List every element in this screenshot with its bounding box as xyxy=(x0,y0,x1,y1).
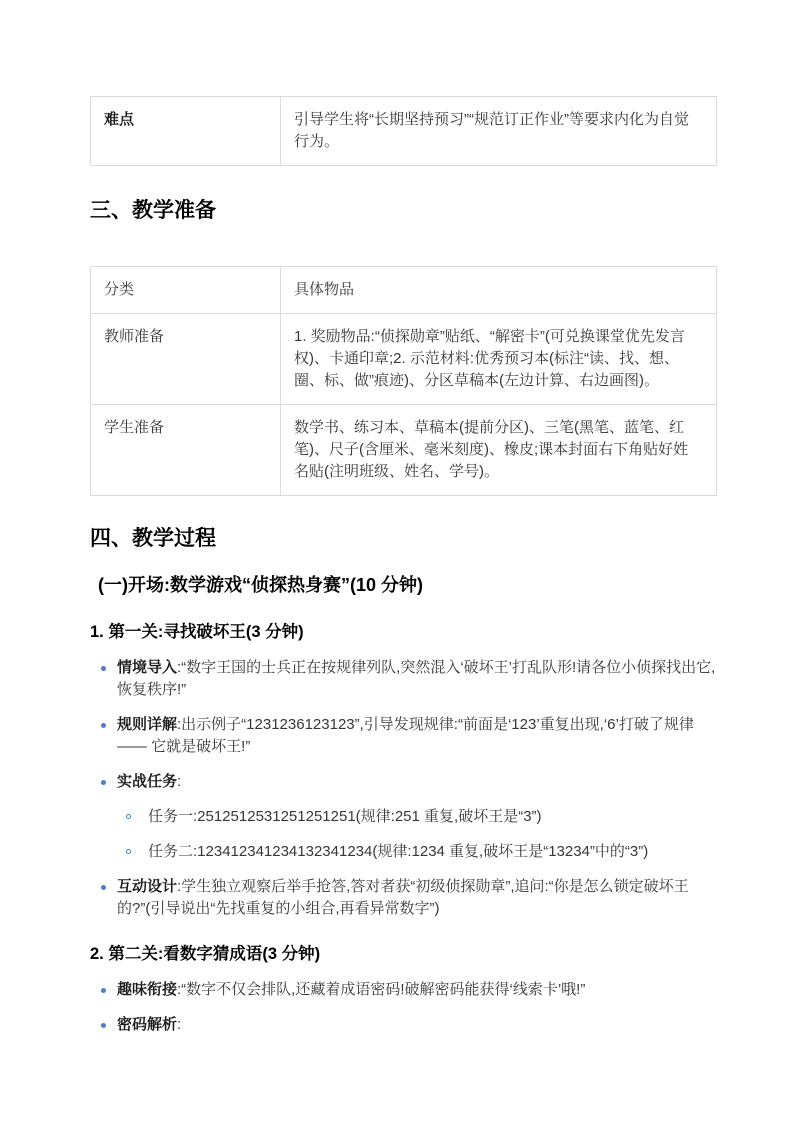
bullet-label: 密码解析 xyxy=(117,1016,177,1033)
student-prep-content-cell: 数学书、练习本、草稿本(提前分区)、三笔(黑笔、蓝笔、红笔)、尺子(含厘米、毫米… xyxy=(281,405,717,496)
sublist-item: 任务一:2512512531251251251(规律:251 重复,破坏王是“3… xyxy=(117,806,717,828)
list-item: 互动设计:学生独立观察后举手抢答,答对者获“初级侦探勋章”,追问:“你是怎么锁定… xyxy=(90,876,717,920)
bullet-paragraph: 情境导入:“数字王国的士兵正在按规律列队,突然混入‘破坏王’打乱队形!请各位小侦… xyxy=(117,657,717,701)
document-page: 难点 引导学生将“长期坚持预习”“规范订正作业”等要求内化为自觉行为。 三、教学… xyxy=(0,0,793,1122)
list-item: 情境导入:“数字王国的士兵正在按规律列队,突然混入‘破坏王’打乱队形!请各位小侦… xyxy=(90,657,717,701)
header-cell-category: 分类 xyxy=(91,267,281,314)
bullet-text: :“数字不仅会排队,还藏着成语密码!破解密码能获得‘线索卡’哦!” xyxy=(177,981,585,998)
bullet-circle-icon xyxy=(126,849,131,854)
bullet-dot-icon xyxy=(101,988,106,993)
difficulty-label-cell: 难点 xyxy=(91,97,281,166)
level-heading-game1: 1. 第一关:寻找破坏王(3 分钟) xyxy=(90,621,717,644)
table-row: 学生准备 数学书、练习本、草稿本(提前分区)、三笔(黑笔、蓝笔、红笔)、尺子(含… xyxy=(91,405,717,496)
bullet-label: 实战任务 xyxy=(117,773,177,790)
level-heading-game2: 2. 第二关:看数字猜成语(3 分钟) xyxy=(90,943,717,966)
preparation-table: 分类 具体物品 教师准备 1. 奖励物品:“侦探勋章”贴纸、“解密卡”(可兑换课… xyxy=(90,266,717,496)
list-item: 密码解析: xyxy=(90,1014,717,1036)
bullet-dot-icon xyxy=(101,780,106,785)
bullet-label: 情境导入 xyxy=(117,659,177,676)
bullet-dot-icon xyxy=(101,1023,106,1028)
bullet-paragraph: 密码解析: xyxy=(117,1014,717,1036)
task-paragraph: 任务二:123412341234132341234(规律:1234 重复,破坏王… xyxy=(148,841,717,863)
bullet-dot-icon xyxy=(101,666,106,671)
header-cell-items: 具体物品 xyxy=(281,267,717,314)
table-row: 难点 引导学生将“长期坚持预习”“规范订正作业”等要求内化为自觉行为。 xyxy=(91,97,717,166)
difficulty-content-cell: 引导学生将“长期坚持预习”“规范订正作业”等要求内化为自觉行为。 xyxy=(281,97,717,166)
student-prep-label-cell: 学生准备 xyxy=(91,405,281,496)
bullet-text: :学生独立观察后举手抢答,答对者获“初级侦探勋章”,追问:“你是怎么锁定破坏王的… xyxy=(117,878,689,917)
section-heading-teaching-process: 四、教学过程 xyxy=(90,524,717,553)
task-paragraph: 任务一:2512512531251251251(规律:251 重复,破坏王是“3… xyxy=(148,806,717,828)
document-content: 难点 引导学生将“长期坚持预习”“规范订正作业”等要求内化为自觉行为。 三、教学… xyxy=(90,96,717,1036)
bullet-text: :出示例子“1231236123123”,引导发现规律:“前面是‘123’重复出… xyxy=(117,716,694,755)
bullet-paragraph: 规则详解:出示例子“1231236123123”,引导发现规律:“前面是‘123… xyxy=(117,714,717,758)
bullet-label: 趣味衔接 xyxy=(117,981,177,998)
difficulty-table: 难点 引导学生将“长期坚持预习”“规范订正作业”等要求内化为自觉行为。 xyxy=(90,96,717,166)
list-item: 实战任务: 任务一:2512512531251251251(规律:251 重复,… xyxy=(90,771,717,863)
table-header-row: 分类 具体物品 xyxy=(91,267,717,314)
tasks-sublist: 任务一:2512512531251251251(规律:251 重复,破坏王是“3… xyxy=(117,806,717,863)
teacher-prep-label-cell: 教师准备 xyxy=(91,314,281,405)
bullet-label: 互动设计 xyxy=(117,878,177,895)
bullet-dot-icon xyxy=(101,885,106,890)
subsection-heading-opening-game: (一)开场:数学游戏“侦探热身赛”(10 分钟) xyxy=(90,572,717,598)
game1-bullet-list: 情境导入:“数字王国的士兵正在按规律列队,突然混入‘破坏王’打乱队形!请各位小侦… xyxy=(90,657,717,920)
bullet-label: 规则详解 xyxy=(117,716,177,733)
bullet-paragraph: 互动设计:学生独立观察后举手抢答,答对者获“初级侦探勋章”,追问:“你是怎么锁定… xyxy=(117,876,717,920)
bullet-paragraph: 趣味衔接:“数字不仅会排队,还藏着成语密码!破解密码能获得‘线索卡’哦!” xyxy=(117,979,717,1001)
table-row: 教师准备 1. 奖励物品:“侦探勋章”贴纸、“解密卡”(可兑换课堂优先发言权)、… xyxy=(91,314,717,405)
list-item: 规则详解:出示例子“1231236123123”,引导发现规律:“前面是‘123… xyxy=(90,714,717,758)
bullet-text: : xyxy=(177,1016,181,1033)
bullet-text: : xyxy=(177,773,181,790)
list-item: 趣味衔接:“数字不仅会排队,还藏着成语密码!破解密码能获得‘线索卡’哦!” xyxy=(90,979,717,1001)
section-heading-teaching-preparation: 三、教学准备 xyxy=(90,196,717,225)
bullet-paragraph: 实战任务: xyxy=(117,771,717,793)
bullet-text: :“数字王国的士兵正在按规律列队,突然混入‘破坏王’打乱队形!请各位小侦探找出它… xyxy=(117,659,715,698)
game2-bullet-list: 趣味衔接:“数字不仅会排队,还藏着成语密码!破解密码能获得‘线索卡’哦!” 密码… xyxy=(90,979,717,1036)
bullet-circle-icon xyxy=(126,814,131,819)
teacher-prep-content-cell: 1. 奖励物品:“侦探勋章”贴纸、“解密卡”(可兑换课堂优先发言权)、卡通印章;… xyxy=(281,314,717,405)
bullet-dot-icon xyxy=(101,723,106,728)
sublist-item: 任务二:123412341234132341234(规律:1234 重复,破坏王… xyxy=(117,841,717,863)
